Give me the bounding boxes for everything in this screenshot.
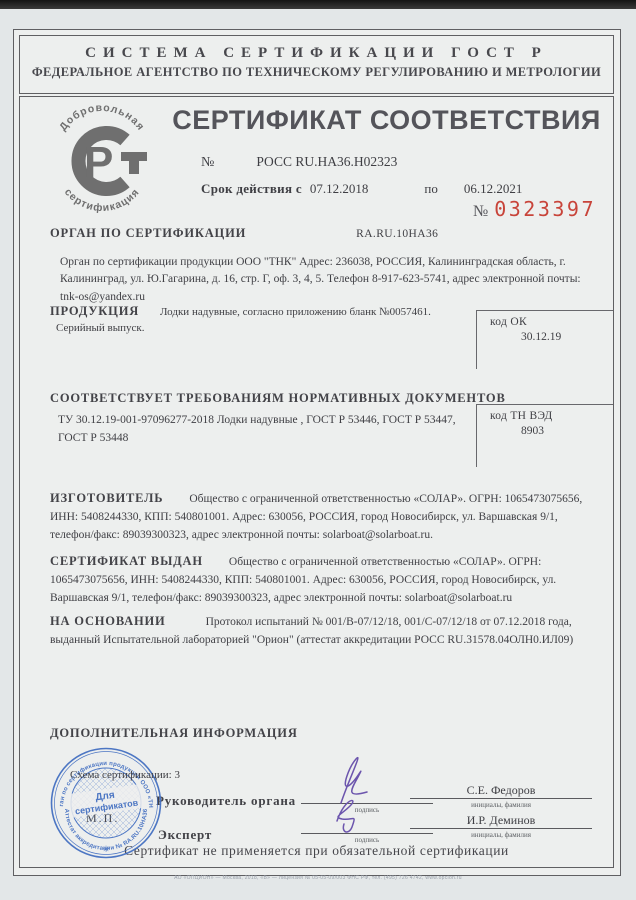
certificate-number: РОСС RU.НА36.Н02323 xyxy=(256,154,397,169)
expert-name: И.Р. Деминов xyxy=(410,813,592,828)
certificate-page: СИСТЕМА СЕРТИФИКАЦИИ ГОСТ Р ФЕДЕРАЛЬНОЕ … xyxy=(0,0,636,900)
head-name: С.Е. Федоров xyxy=(410,783,592,798)
certification-body-row: ОРГАН ПО СЕРТИФИКАЦИИRA.RU.10НА36 xyxy=(50,224,590,242)
issued-to-paragraph: СЕРТИФИКАТ ВЫДАНОбщество с ограниченной … xyxy=(50,552,598,607)
certificate-title: СЕРТИФИКАТ СООТВЕТСТВИЯ xyxy=(163,105,610,136)
to-label: по xyxy=(424,181,437,196)
manufacturer-paragraph: ИЗГОТОВИТЕЛЬОбщество с ограниченной отве… xyxy=(50,489,598,544)
product-label: ПРОДУКЦИЯ xyxy=(50,304,139,319)
certificate-number-row: №РОСС RU.НА36.Н02323 xyxy=(201,154,397,171)
expert-name-line xyxy=(410,828,592,829)
basis-paragraph: НА ОСНОВАНИИПротокол испытаний № 001/В-0… xyxy=(50,612,598,650)
organization-stamp: Орган по сертификации продукции ООО «ТНК… xyxy=(48,745,164,861)
head-name-line xyxy=(410,798,592,799)
validity-label: Срок действия с xyxy=(201,181,302,196)
head-name-caption: инициалы, фамилия xyxy=(410,801,592,809)
stamp-star-icon: ✳ xyxy=(102,844,110,854)
agency-name: ФЕДЕРАЛЬНОЕ АГЕНТСТВО ПО ТЕХНИЧЕСКОМУ РЕ… xyxy=(20,65,613,80)
system-name: СИСТЕМА СЕРТИФИКАЦИИ ГОСТ Р xyxy=(20,45,613,62)
valid-from-date: 07.12.2018 xyxy=(310,181,369,196)
number-sign: № xyxy=(201,155,214,170)
additional-info-label: ДОПОЛНИТЕЛЬНАЯ ИНФОРМАЦИЯ xyxy=(50,726,298,741)
certification-body-label: ОРГАН ПО СЕРТИФИКАЦИИ xyxy=(50,226,246,240)
validity-row: Срок действия с07.12.2018по06.12.2021 xyxy=(201,181,522,197)
certificate-body: Добровольная сертификация Р СЕРТИФИКАТ С… xyxy=(19,96,614,868)
certification-body-code: RA.RU.10НА36 xyxy=(356,228,438,240)
tnved-code-label: код ТН ВЭД xyxy=(477,405,613,422)
scan-edge-artifact xyxy=(0,0,636,9)
ok-code-box: код ОК 30.12.19 xyxy=(476,310,613,369)
certification-body-details: Орган по сертификации продукции ООО "ТНК… xyxy=(60,254,595,306)
blank-number-digits: 0323397 xyxy=(494,197,596,221)
basis-label: НА ОСНОВАНИИ xyxy=(50,614,166,628)
product-description: Лодки надувные, согласно приложению блан… xyxy=(160,305,465,321)
header-box: СИСТЕМА СЕРТИФИКАЦИИ ГОСТ Р ФЕДЕРАЛЬНОЕ … xyxy=(19,35,614,94)
logo-letter-t-shape xyxy=(121,152,147,174)
logo-letter-p: Р xyxy=(84,138,113,187)
ok-code-label: код ОК xyxy=(477,311,613,328)
expert-name-caption: инициалы, фамилия xyxy=(410,831,592,839)
conforms-label: СООТВЕТСТВУЕТ ТРЕБОВАНИЯМ НОРМАТИВНЫХ ДО… xyxy=(50,391,506,406)
manufacturer-label: ИЗГОТОВИТЕЛЬ xyxy=(50,491,163,505)
product-serial-note: Серийный выпуск. xyxy=(56,322,145,334)
valid-to-date: 06.12.2021 xyxy=(464,181,523,196)
tnved-code-value: 8903 xyxy=(477,422,613,437)
expert-signature xyxy=(325,789,369,837)
blank-number: №0323397 xyxy=(420,197,596,221)
certification-scheme: Схема сертификации: 3 xyxy=(70,769,180,781)
expert-label: Эксперт xyxy=(158,827,212,843)
conforms-documents: ТУ 30.12.19-001-97096277-2018 Лодки наду… xyxy=(58,412,466,448)
rst-certification-logo-icon: Добровольная сертификация Р xyxy=(41,102,163,218)
ok-code-value: 30.12.19 xyxy=(477,328,613,343)
printing-house-fine-print: АО «ОПЦИОН» — Москва, 2018, «В» — лиценз… xyxy=(0,875,636,881)
head-of-body-label: Руководитель органа xyxy=(156,793,296,809)
tnved-code-box: код ТН ВЭД 8903 xyxy=(476,404,613,467)
issued-label: СЕРТИФИКАТ ВЫДАН xyxy=(50,554,203,568)
blank-number-sign: № xyxy=(473,203,488,220)
